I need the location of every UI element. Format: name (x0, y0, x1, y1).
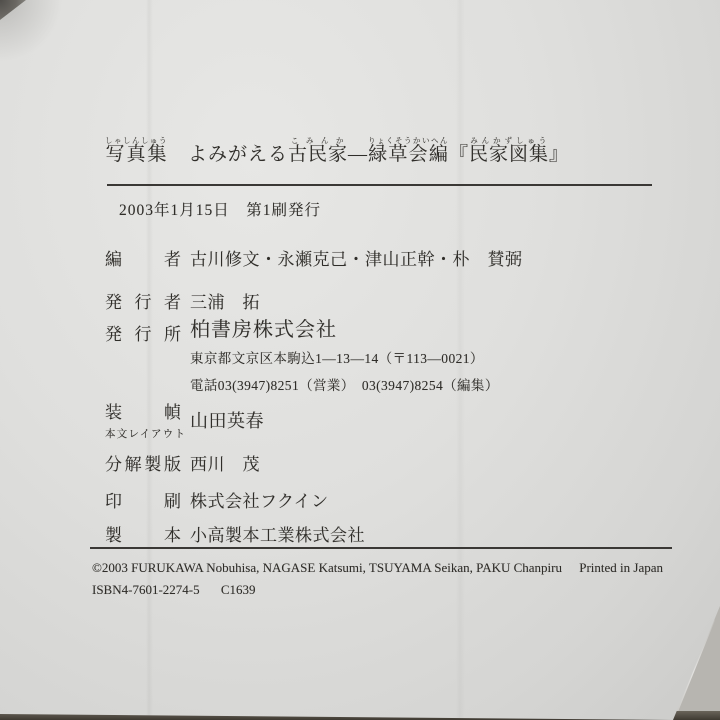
colophon-row-editors: 編者 古川修文・永瀬克己・津山正幹・朴 賛弼 (105, 245, 523, 270)
colophon-row-publisher-person: 発行者 三浦 拓 (105, 288, 260, 313)
colophon-row-publisher: 発行所 柏書房株式会社 東京都文京区本駒込1―13―14（〒113―0021） … (105, 320, 499, 394)
row-sublabel: 本文レイアウト (105, 426, 185, 441)
title-ruby-segment: 古民家こみんか (288, 144, 348, 165)
title-ruby-segment: 緑草会編りょくそうかいへん (368, 144, 449, 165)
row-label: 発行所 (105, 320, 181, 394)
title-ruby-segment: よみがえる (168, 144, 288, 165)
title-ruby-segment: 『 (449, 144, 469, 165)
row-value: 古川修文・永瀬克己・津山正幹・朴 賛弼 (190, 245, 523, 270)
row-value: 西川 茂 (190, 450, 260, 475)
footer-rule (90, 547, 672, 549)
row-label: 装幀 (105, 398, 181, 423)
colophon-row-design: 装幀 本文レイアウト 山田英春 (105, 398, 264, 441)
publisher-phone-line: 電話03(3947)8251（営業） 03(3947)8254（編集） (190, 374, 499, 394)
book-title: 写真集しゃしんしゅう よみがえる古民家こみんか―緑草会編りょくそうかいへん『民家… (105, 136, 569, 166)
title-ruby-segment: 』 (549, 144, 569, 165)
row-label: 編者 (105, 245, 181, 270)
photo-of-book-colophon: 写真集しゃしんしゅう よみがえる古民家こみんか―緑草会編りょくそうかいへん『民家… (0, 0, 720, 720)
row-value: 三浦 拓 (190, 288, 260, 313)
row-value: 小高製本工業株式会社 (190, 521, 365, 546)
isbn-number: ISBN4-7601-2274-5 (92, 582, 200, 597)
row-value: 株式会社フクイン (190, 487, 329, 512)
title-ruby-segment: 民家図集みんかずしゅう (469, 144, 549, 165)
row-value: 山田英春 (190, 407, 264, 433)
colophon-row-prepress: 分解製版 西川 茂 (105, 450, 260, 475)
printed-in-japan: Printed in Japan (579, 560, 663, 575)
row-label: 製本 (105, 521, 181, 546)
title-ruby-segment: 写真集しゃしんしゅう (105, 144, 168, 165)
book-page: 写真集しゃしんしゅう よみがえる古民家こみんか―緑草会編りょくそうかいへん『民家… (0, 0, 720, 720)
c-code: C1639 (221, 582, 256, 597)
row-label: 発行者 (105, 288, 181, 313)
publisher-name: 柏書房株式会社 (190, 320, 499, 340)
title-ruby-segment: ― (348, 144, 368, 165)
publisher-address-line: 東京都文京区本駒込1―13―14（〒113―0021） (190, 347, 499, 367)
copyright-holders: ©2003 FURUKAWA Nobuhisa, NAGASE Katsumi,… (92, 560, 562, 575)
colophon-row-printing: 印刷 株式会社フクイン (105, 487, 329, 512)
row-label: 分解製版 (105, 450, 181, 475)
row-label: 印刷 (105, 487, 181, 512)
title-rule (107, 184, 652, 186)
colophon-row-binding: 製本 小高製本工業株式会社 (105, 521, 365, 546)
publisher-info: 柏書房株式会社 東京都文京区本駒込1―13―14（〒113―0021） 電話03… (190, 320, 499, 394)
copyright-line: ©2003 FURUKAWA Nobuhisa, NAGASE Katsumi,… (92, 560, 663, 576)
design-label-stack: 装幀 本文レイアウト (105, 398, 185, 441)
edition-line: 2003年1月15日 第1刷発行 (119, 198, 321, 220)
isbn-line: ISBN4-7601-2274-5 C1639 (92, 582, 256, 598)
